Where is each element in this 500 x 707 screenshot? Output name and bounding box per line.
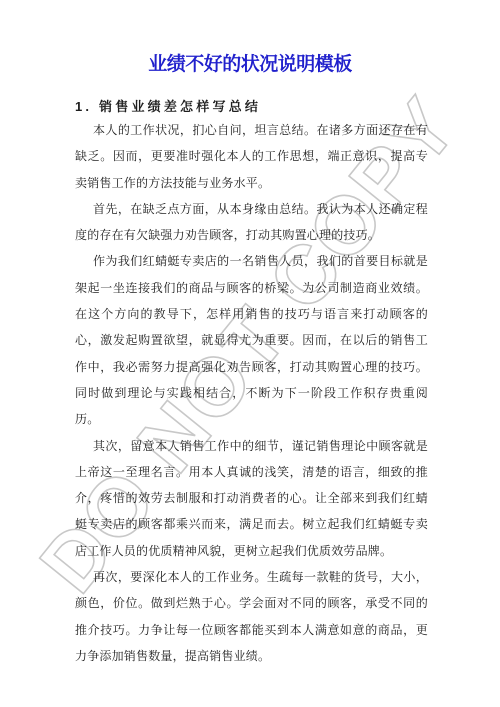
paragraph-4: 其次，留意本人销售工作中的细节，谨记销售理论中顾客就是上帝这一至理名言。用本人真…	[75, 433, 428, 564]
paragraph-5: 再次，要深化本人的工作业务。生疏每一款鞋的货号，大小，颜色，价位。做到烂熟于心。…	[75, 564, 428, 669]
paragraph-3: 作为我们红蜻蜓专卖店的一名销售人员，我们的首要目标就是架起一坐连接我们的商品与顾…	[75, 248, 428, 432]
paragraph-1: 本人的工作状况，扪心自问，坦言总结。在诸多方面还存在有缺乏。因而，更要准时强化本…	[75, 117, 428, 196]
document-title: 业绩不好的状况说明模板	[0, 49, 500, 76]
paragraph-2: 首先，在缺乏点方面，从本身缘由总结。我认为本人还确定程度的存在有欠缺强力劝告顾客…	[75, 196, 428, 249]
document-page: DO NOT COPY 业绩不好的状况说明模板 1. 销售业绩差怎样写总结 本人…	[0, 0, 500, 707]
section-heading: 1. 销售业绩差怎样写总结	[75, 96, 261, 115]
document-body: 本人的工作状况，扪心自问，坦言总结。在诸多方面还存在有缺乏。因而，更要准时强化本…	[75, 117, 428, 669]
